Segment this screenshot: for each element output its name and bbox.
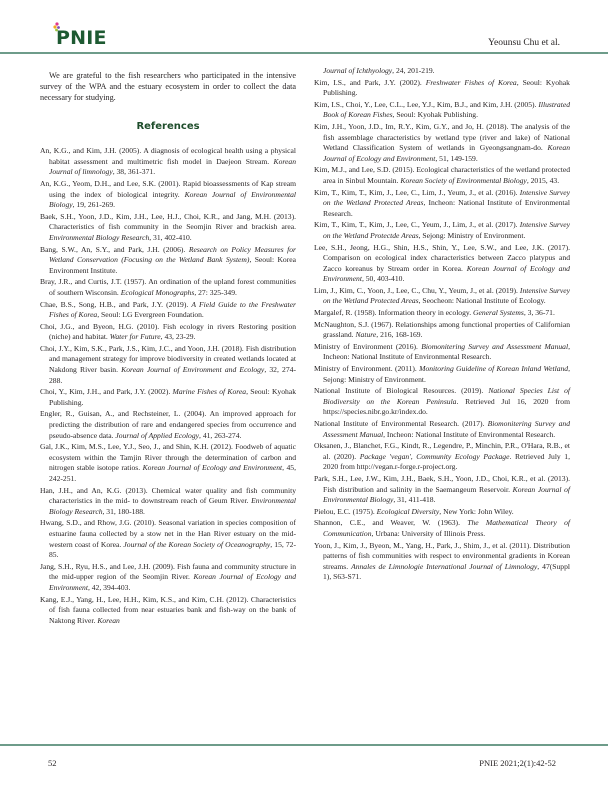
- journal-citation: PNIE 2021;2(1):42-52: [479, 758, 556, 768]
- reference-details: , Incheon: National Institute of Environ…: [383, 430, 555, 439]
- reference-entry: Kim, M.J., and Lee, S.D. (2015). Ecologi…: [314, 165, 570, 186]
- reference-source: Korean: [97, 616, 120, 625]
- reference-source: Ecological Monographs: [121, 288, 195, 297]
- reference-details: , 50, 403-410.: [362, 274, 404, 283]
- reference-entry: Shannon, C.E., and Weaver, W. (1963). Th…: [314, 518, 570, 539]
- reference-entry: Baek, S.H., Yoon, J.D., Kim, J.H., Lee, …: [40, 212, 296, 244]
- reference-entry: Kim, T., Kim, T., Kim, J., Lee, C., Lim,…: [314, 188, 570, 220]
- reference-text: Kim, J.H., Yoon, J.D., Im, R.Y., Kim, G.…: [314, 122, 570, 152]
- reference-entry: Journal of Ichthyology, 24, 201-219.: [314, 66, 570, 77]
- reference-entry: National Institute of Environmental Rese…: [314, 419, 570, 440]
- reference-details: , 24, 201-219.: [392, 66, 434, 75]
- reference-source: Korean Journal of Environment and Ecolog…: [121, 365, 264, 374]
- reference-text: Kim, T., Kim, T., Kim, J., Lee, C., Yeum…: [314, 220, 520, 229]
- reference-text: Lim, J., Kim, C., Yoon, J., Lee, C., Chu…: [314, 286, 520, 295]
- acknowledgement-text: We are grateful to the fish researchers …: [40, 70, 296, 104]
- reference-entry: Lee, S.H., Jeong, H.G., Shin, H.S., Shin…: [314, 243, 570, 285]
- reference-text: Choi, Y., Kim, J.H., and Park, J.Y. (200…: [40, 387, 173, 396]
- reference-entry: Kim, J.H., Yoon, J.D., Im, R.Y., Kim, G.…: [314, 122, 570, 164]
- reference-entry: Pielou, E.C. (1975). Ecological Diversit…: [314, 507, 570, 518]
- reference-text: National Institute of Biological Resourc…: [314, 386, 488, 395]
- reference-details: , 216, 168-169.: [376, 330, 422, 339]
- reference-entry: McNaughton, S.J. (1967). Relationships a…: [314, 320, 570, 341]
- reference-text: Shannon, C.E., and Weaver, W. (1963).: [314, 518, 467, 527]
- reference-source: Monitoring Guideline of Korean Inland We…: [419, 364, 568, 373]
- page-number: 52: [48, 758, 57, 768]
- reference-entry: Margalef, R. (1958). Information theory …: [314, 308, 570, 319]
- right-column: Journal of Ichthyology, 24, 201-219.Kim,…: [314, 66, 570, 584]
- reference-details: , 27: 325-349.: [194, 288, 237, 297]
- reference-details: , 41, 263-274.: [199, 431, 241, 440]
- reference-details: , 31, 411-418.: [393, 495, 435, 504]
- reference-entry: Han, J.H., and An, K.G. (2013). Chemical…: [40, 486, 296, 518]
- reference-details: , Seoul: Kyohak Publishing.: [393, 110, 478, 119]
- reference-source: Annales de Limnologie International Jour…: [351, 562, 537, 571]
- reference-source: Journal of Applied Ecology: [115, 431, 199, 440]
- running-author: Yeounsu Chu et al.: [488, 38, 560, 48]
- reference-text: Ministry of Environment. (2011).: [314, 364, 419, 373]
- reference-details: , Sejong: Ministry of Environment.: [419, 231, 526, 240]
- reference-entry: Choi, Y., Kim, J.H., and Park, J.Y. (200…: [40, 387, 296, 408]
- reference-source: Biomonitering Survey and Assessment Manu…: [421, 342, 568, 351]
- reference-source: Marine Fishes of Korea: [173, 387, 247, 396]
- reference-entry: Kim, T., Kim, T., Kim, J., Lee, C., Yeum…: [314, 220, 570, 241]
- reference-details: , New York: John Wiley.: [439, 507, 513, 516]
- reference-text: Bang, S.W., An, S.Y., and Park, J.H. (20…: [40, 245, 189, 254]
- reference-details: , 43, 23-29.: [161, 332, 196, 341]
- reference-entry: Park, S.H., Lee, J.W., Kim, J.H., Baek, …: [314, 474, 570, 506]
- reference-details: , 38, 361-371.: [113, 167, 155, 176]
- reference-entry: Hwang, S.D., and Rhow, J.G. (2010). Seas…: [40, 518, 296, 560]
- reference-details: , Urbana: University of Illinois Press.: [372, 529, 486, 538]
- reference-details: , Seocheon: National Institute of Ecolog…: [419, 296, 546, 305]
- reference-details: , 51, 149-159.: [435, 154, 477, 163]
- reference-text: An, K.G., and Kim, J.H. (2005). A diagno…: [40, 146, 296, 166]
- reference-text: Baek, S.H., Yoon, J.D., Kim, J.H., Lee, …: [40, 212, 296, 232]
- reference-text: Chae, B.S., Song, H.B., and Park, J.Y. (…: [40, 300, 191, 309]
- reference-source: Freshwater Fishes of Korea: [426, 78, 517, 87]
- references-list-right: Journal of Ichthyology, 24, 201-219.Kim,…: [314, 66, 570, 583]
- reference-entry: Engler, R., Guisan, A., and Rechsteiner,…: [40, 409, 296, 441]
- reference-details: , 19, 261-269.: [73, 200, 115, 209]
- reference-entry: Lim, J., Kim, C., Yoon, J., Lee, C., Chu…: [314, 286, 570, 307]
- reference-source: Korean Journal of Ecology and Environmen…: [143, 463, 283, 472]
- reference-entry: Kang, E.J., Yang, H., Lee, H.H., Kim, K.…: [40, 595, 296, 627]
- reference-entry: An, K.G., Yeom, D.H., and Lee, S.K. (200…: [40, 179, 296, 211]
- reference-entry: Choi, J.Y., Kim, S.K., Park, J.S., Kim, …: [40, 344, 296, 386]
- reference-entry: National Institute of Biological Resourc…: [314, 386, 570, 418]
- reference-source: Water for Future: [110, 332, 161, 341]
- reference-entry: Ministry of Environment. (2011). Monitor…: [314, 364, 570, 385]
- reference-text: Ministry of Environment (2016).: [314, 342, 421, 351]
- page-header: PNIE Yeounsu Chu et al.: [0, 0, 608, 52]
- footer-rule: [0, 744, 608, 746]
- reference-entry: Bang, S.W., An, S.Y., and Park, J.H. (20…: [40, 245, 296, 277]
- reference-text: Pielou, E.C. (1975).: [314, 507, 377, 516]
- reference-entry: Oksanen, J., Blanchet, F.G., Kindt, R., …: [314, 441, 570, 473]
- reference-details: , 31, 402-410.: [149, 233, 191, 242]
- reference-entry: Chae, B.S., Song, H.B., and Park, J.Y. (…: [40, 300, 296, 321]
- reference-source: Journal of Ichthyology: [323, 66, 392, 75]
- references-list-left: An, K.G., and Kim, J.H. (2005). A diagno…: [40, 146, 296, 626]
- reference-source: Ecological Diversity: [377, 507, 440, 516]
- reference-entry: Jang, S.H., Ryu, H.S., and Lee, J.H. (20…: [40, 562, 296, 594]
- reference-text: Kim, T., Kim, T., Kim, J., Lee, C., Lim,…: [314, 188, 520, 197]
- reference-text: Kim, I.S., Choi, Y., Lee, C.L., Lee, Y.J…: [314, 100, 538, 109]
- header-rule: [0, 52, 608, 54]
- reference-entry: An, K.G., and Kim, J.H. (2005). A diagno…: [40, 146, 296, 178]
- references-heading: References: [40, 122, 296, 133]
- reference-source: Korean Society of Environmental Biology: [400, 176, 526, 185]
- reference-entry: Kim, I.S., Choi, Y., Lee, C.L., Lee, Y.J…: [314, 100, 570, 121]
- reference-entry: Yoon, J., Kim, J., Byeon, M., Yang, H., …: [314, 541, 570, 583]
- reference-details: , 31, 180-188.: [103, 507, 145, 516]
- reference-source: Journal of the Korean Society of Oceanog…: [123, 540, 270, 549]
- reference-entry: Bray, J.R., and Curtis, J.T. (1957). An …: [40, 277, 296, 298]
- reference-source: Environmental Biology Research: [49, 233, 149, 242]
- left-column: We are grateful to the fish researchers …: [40, 70, 296, 627]
- reference-details: , Seoul: LG Evergreen Foundation.: [97, 310, 204, 319]
- reference-source: Nature: [355, 330, 376, 339]
- reference-entry: Ministry of Environment (2016). Biomonit…: [314, 342, 570, 363]
- reference-entry: Gal, J.K., Kim, M.S., Lee, Y.J., Seo, J.…: [40, 442, 296, 484]
- journal-logo: PNIE: [47, 22, 117, 52]
- reference-entry: Kim, I.S., and Park, J.Y. (2002). Freshw…: [314, 78, 570, 99]
- reference-text: Kim, I.S., and Park, J.Y. (2002).: [314, 78, 426, 87]
- reference-details: , 2015, 43.: [527, 176, 559, 185]
- reference-text: Kang, E.J., Yang, H., Lee, H.H., Kim, K.…: [40, 595, 296, 625]
- reference-entry: Choi, J.G., and Byeon, H.G. (2010). Fish…: [40, 322, 296, 343]
- logo-text: PNIE: [56, 27, 107, 49]
- reference-text: Margalef, R. (1958). Information theory …: [314, 308, 473, 317]
- reference-source: General Systems: [473, 308, 524, 317]
- reference-details: , 42, 394-403.: [88, 583, 130, 592]
- reference-details: , 3, 36-71.: [524, 308, 555, 317]
- reference-source: Package 'vegan', Community Ecology Packa…: [360, 452, 510, 461]
- reference-text: National Institute of Environmental Rese…: [314, 419, 488, 428]
- reference-text: McNaughton, S.J. (1967). Relationships a…: [314, 320, 570, 340]
